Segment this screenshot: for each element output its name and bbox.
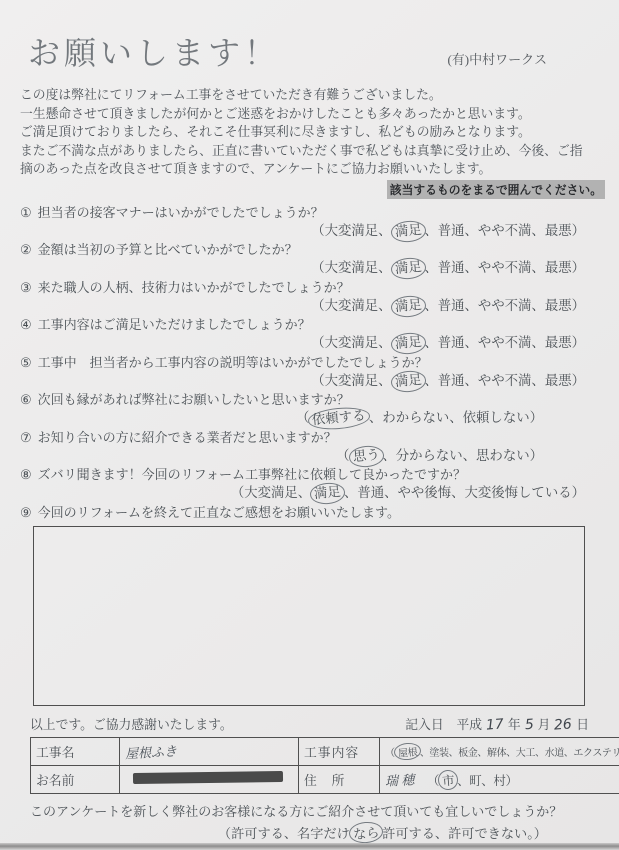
info-table: 工事名 屋根ふき 工事内容 （屋根、塗装、板金、解体、大工、水道、エクステリア … [30,737,619,794]
entry-date: 記入日 平成17年5月26日 [405,714,589,733]
circled-answer: 屋根 [393,742,422,761]
question-options: （大変満足、満足、普通、やや不満、最悪） [20,372,587,391]
question-number: ② [20,242,32,257]
date-label: 記入日 [405,718,443,732]
table-row-work: 工事名 屋根ふき 工事内容 （屋根、塗装、板金、解体、大工、水道、エクステリア [31,737,619,765]
closing-text: 以上です。ご協力感謝いたします。 [30,714,233,733]
question-number: ⑤ [20,355,32,370]
permission-section: このアンケートを新しく弊社のお客様になる方にご紹介させて頂いても宜しいでしょうか… [0,794,619,842]
question-options: （大変満足、満足、普通、やや不満、最悪） [20,259,587,278]
question-text: ⑧ズバリ聞きます！今回のリフォーム工事弊社に依頼して良かったですか？ [20,466,587,484]
table-row-name: お名前 住 所 瑞 穂 （市、町、村） [31,765,619,793]
intro-paragraph: この度は弊社にてリフォーム工事をさせていただき有難うございました。 一生懸命させ… [0,74,619,179]
circled-answer: 満足 [390,369,426,392]
question-options: （大変満足、満足、普通、やや不満、最悪） [20,297,587,316]
work-name-label: 工事名 [31,737,120,765]
question-number: ⑦ [20,430,32,445]
question-text: ②金額は当初の予算と比べていかがでしたか？ [20,241,587,259]
circled-answer: 思う [348,444,384,467]
closing-row: 以上です。ご協力感謝いたします。 記入日 平成17年5月26日 [0,706,619,733]
redacted-name-bar [133,771,283,784]
question-number: ⑥ [20,392,32,407]
intro-line: この度は弊社にてリフォーム工事をさせていただき有難うございました。 [20,86,589,105]
circled-answer: 満足 [390,257,426,280]
intro-line: ご満足頂けておりましたら、それこそ仕事冥利に尽きますし、私どもの励みとなります。 [20,123,589,142]
date-era: 平成 [456,718,482,732]
customer-name-label: お名前 [31,765,120,793]
handwritten-month: 5 [520,716,538,733]
circled-answer: なら [348,821,384,845]
comment-box [33,526,585,706]
intro-line: またご不満な点がありましたら、正直に書いていただく事で私どもは真摯に受け止め、今… [20,142,589,179]
question-number: ⑨ [20,505,32,520]
scan-edge-shadow [0,843,619,850]
handwritten-work-name: 屋根ふき [125,741,178,763]
instruction-highlight: 該当するものをまるで囲んでください。 [387,180,605,199]
question-text: ④工事内容はご満足いただけましたでしょうか？ [20,316,587,334]
work-type-label: 工事内容 [299,737,380,765]
question-number: ④ [20,317,32,332]
address-label: 住 所 [299,765,380,793]
permission-options: （許可する、名字だけなら許可する、許可できない。） [30,823,619,842]
work-name-value: 屋根ふき [120,737,299,765]
handwritten-year: 17 [482,716,509,734]
customer-name-value [120,765,299,793]
question-list: ①担当者の接客マナーはいかがでしたでしょうか？ （大変満足、満足、普通、やや不満… [0,199,619,522]
question-text: ⑥次回も縁があれば弊社にお願いしたいと思いますか？ [20,391,587,409]
company-name: (有)中村ワークス [447,49,547,68]
question-number: ⑧ [20,467,32,482]
handwritten-day: 26 [550,716,577,734]
instruction-row: 該当するものをまるで囲んでください。 [0,180,619,199]
question-options: （依頼する、わからない、依頼しない） [20,409,587,428]
question-2: ②金額は当初の予算と比べていかがでしたか？ （大変満足、満足、普通、やや不満、最… [20,241,587,278]
question-9: ⑨今回のリフォームを終えて正直なご感想をお願いいたします。 [20,504,587,522]
question-text: ①担当者の接客マナーはいかがでしたでしょうか？ [20,204,587,222]
circled-answer: 市 [437,769,459,791]
question-8: ⑧ズバリ聞きます！今回のリフォーム工事弊社に依頼して良かったですか？ （大変満足… [20,466,587,503]
scanned-survey-document: お願いします！ (有)中村ワークス この度は弊社にてリフォーム工事をさせていただ… [0,0,619,850]
page-title: お願いします！ [28,28,280,74]
circled-answer: 満足 [390,332,426,355]
document-header: お願いします！ (有)中村ワークス [0,0,619,74]
question-3: ③来た職人の人柄、技術力はいかがでしたでしょうか？ （大変満足、満足、普通、やや… [20,279,587,316]
question-text: ③来た職人の人柄、技術力はいかがでしたでしょうか？ [20,279,587,297]
circled-answer: 満足 [390,294,426,317]
question-text: ⑤工事中 担当者から工事内容の説明等はいかがでしたでしょうか？ [20,354,587,372]
address-value: 瑞 穂 （市、町、村） [380,765,619,793]
work-type-options: （屋根、塗装、板金、解体、大工、水道、エクステリア [380,737,619,765]
question-4: ④工事内容はご満足いただけましたでしょうか？ （大変満足、満足、普通、やや不満、… [20,316,587,353]
question-text: ⑨今回のリフォームを終えて正直なご感想をお願いいたします。 [20,504,587,522]
question-options: （思う、分からない、思わない） [20,447,587,466]
permission-question: このアンケートを新しく弊社のお客様になる方にご紹介させて頂いても宜しいでしょうか… [30,801,619,820]
question-6: ⑥次回も縁があれば弊社にお願いしたいと思いますか？ （依頼する、わからない、依頼… [20,391,587,428]
circled-answer: 満足 [390,219,426,242]
question-number: ① [20,205,32,220]
question-options: （大変満足、満足、普通、やや後悔、大変後悔している） [20,484,587,503]
question-options: （大変満足、満足、普通、やや不満、最悪） [20,222,587,241]
handwritten-address: 瑞 穂 [385,769,415,789]
intro-line: 一生懸命させて頂きましたが何かとご迷惑をおかけしたことも多々あったかと思います。 [20,105,589,124]
circled-answer: 依頼する [308,406,371,432]
question-options: （大変満足、満足、普通、やや不満、最悪） [20,334,587,353]
question-5: ⑤工事中 担当者から工事内容の説明等はいかがでしたでしょうか？ （大変満足、満足… [20,354,587,391]
circled-answer: 満足 [309,482,345,505]
question-number: ③ [20,280,32,295]
question-1: ①担当者の接客マナーはいかがでしたでしょうか？ （大変満足、満足、普通、やや不満… [20,204,587,241]
question-7: ⑦お知り合いの方に紹介できる業者だと思いますか？ （思う、分からない、思わない） [20,429,587,466]
question-text: ⑦お知り合いの方に紹介できる業者だと思いますか？ [20,429,587,447]
